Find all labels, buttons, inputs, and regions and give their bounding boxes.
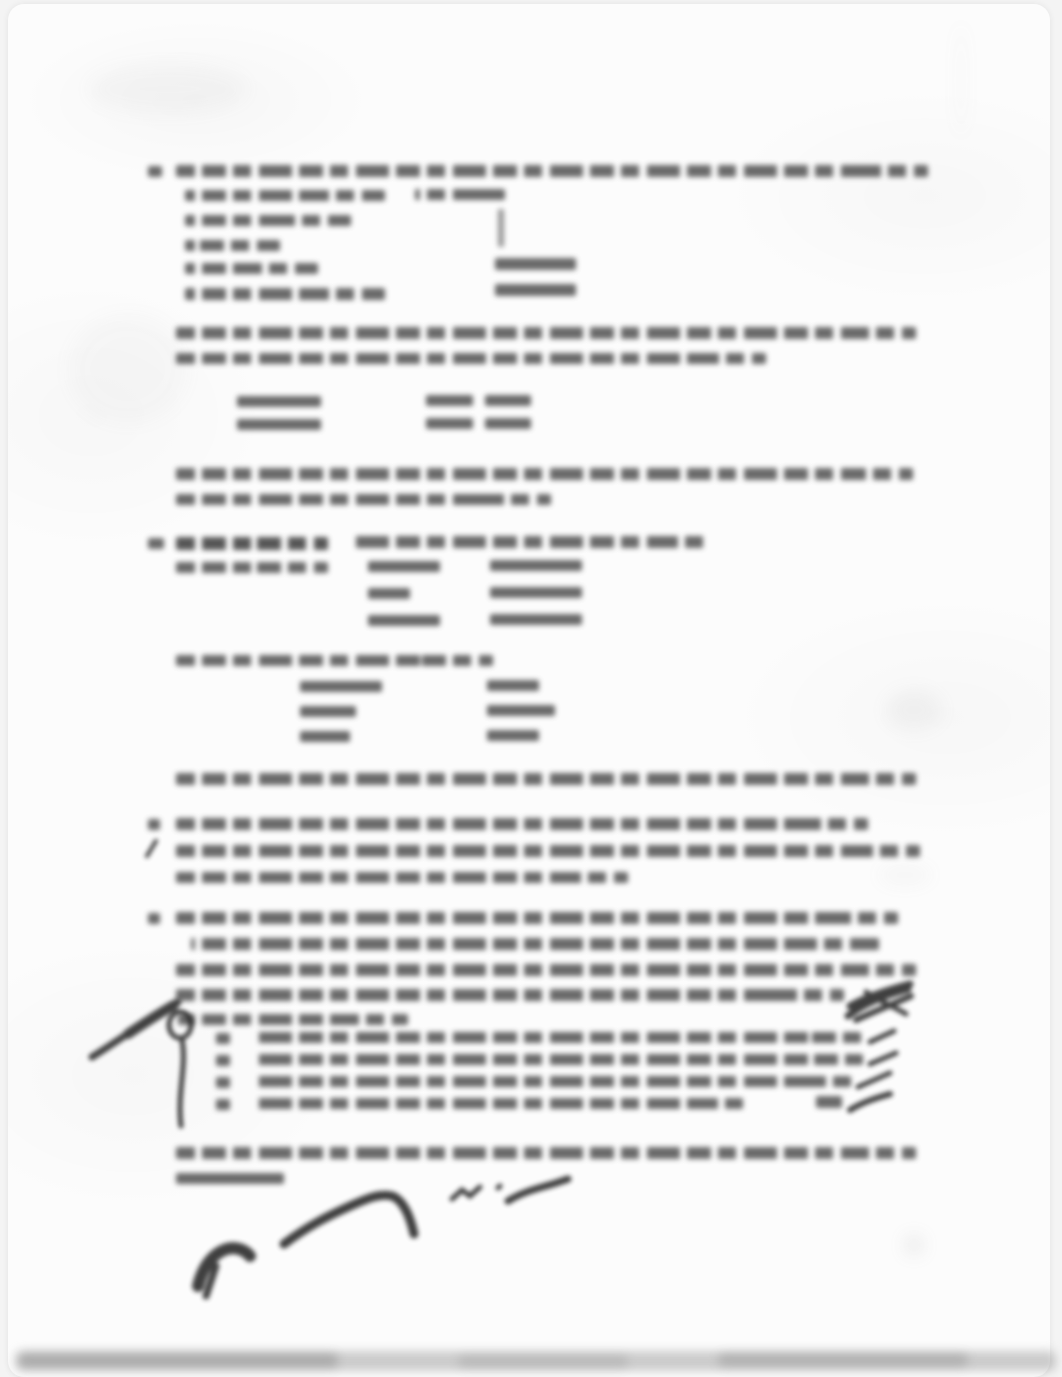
scan-edge-dark-3 [718,1354,968,1366]
screenshot-root: { "page": { "width": 1062, "height": 137… [0,0,1062,1377]
scan-edge-dark-1 [18,1354,338,1367]
scanned-document-page [8,4,1050,1377]
scan-edge-dark-2 [458,1356,628,1367]
scan-artifact-layer [8,4,1050,1377]
